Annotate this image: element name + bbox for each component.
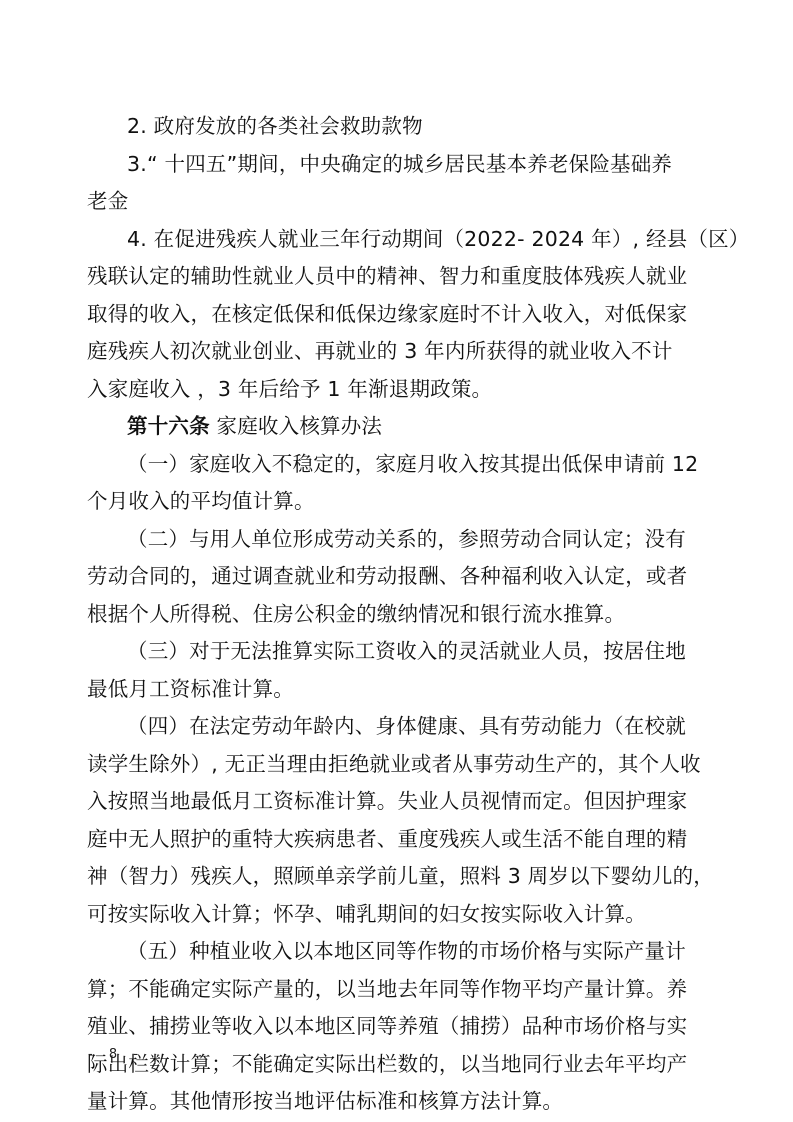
clause-3-cont: 最低月工资标准计算。 [87,671,712,709]
clause-5-cont-2: 殖业、捕捞业等收入以本地区同等养殖（捕捞）品种市场价格与实 [87,1008,712,1046]
article-number: 第十六条 [127,414,210,438]
document-page: 2. 政府发放的各类社会救助款物 3.“ 十四五”期间，中央确定的城乡居民基本养… [87,108,712,1121]
clause-5-cont-4: 量计算。其他情形按当地评估标准和核算方法计算。 [87,1083,712,1121]
clause-4-cont-3: 庭中无人照护的重特大疾病患者、重度残疾人或生活不能自理的精 [87,821,712,859]
clause-5-cont-1: 算；不能确定实际产量的，以当地去年同等作物平均产量计算。养 [87,971,712,1009]
clause-5-cont-3: 际出栏数计算；不能确定实际出栏数的，以当地同行业去年平均产 [87,1046,712,1084]
article-heading-line: 第十六条 家庭收入核算办法 [87,408,712,446]
list-item-4-cont-2: 取得的收入，在核定低保和低保边缘家庭时不计入收入，对低保家 [87,296,712,334]
page-number: - 8 - [88,1047,144,1062]
clause-3: （三）对于无法推算实际工资收入的灵活就业人员，按居住地 [87,633,712,671]
list-item-3-cont: 老金 [87,183,712,221]
clause-2-cont-2: 根据个人所得税、住房公积金的缴纳情况和银行流水推算。 [87,596,712,634]
list-item-4-cont-4: 入家庭收入 ，3 年后给予 1 年渐退期政策。 [87,371,712,409]
list-item-4: 4. 在促进残疾人就业三年行动期间（2022- 2024 年）, 经县（区） [87,221,712,259]
clause-2: （二）与用人单位形成劳动关系的，参照劳动合同认定；没有 [87,521,712,559]
clause-4-cont-4: 神（智力）残疾人，照顾单亲学前儿童，照料 3 周岁以下婴幼儿的， [87,858,712,896]
list-item-4-cont-1: 残联认定的辅助性就业人员中的精神、智力和重度肢体残疾人就业 [87,258,712,296]
article-title: 家庭收入核算办法 [217,414,383,438]
list-item-3: 3.“ 十四五”期间，中央确定的城乡居民基本养老保险基础养 [87,146,712,184]
clause-4-cont-5: 可按实际收入计算；怀孕、哺乳期间的妇女按实际收入计算。 [87,896,712,934]
list-item-4-cont-3: 庭残疾人初次就业创业、再就业的 3 年内所获得的就业收入不计 [87,333,712,371]
clause-4: （四）在法定劳动年龄内、身体健康、具有劳动能力（在校就 [87,708,712,746]
clause-1-cont: 个月收入的平均值计算。 [87,483,712,521]
clause-4-cont-2: 入按照当地最低月工资标准计算。失业人员视情而定。但因护理家 [87,783,712,821]
list-item-2: 2. 政府发放的各类社会救助款物 [87,108,712,146]
clause-2-cont-1: 劳动合同的，通过调查就业和劳动报酬、各种福利收入认定，或者 [87,558,712,596]
clause-5: （五）种植业收入以本地区同等作物的市场价格与实际产量计 [87,933,712,971]
clause-1: （一）家庭收入不稳定的，家庭月收入按其提出低保申请前 12 [87,446,712,484]
clause-4-cont-1: 读学生除外）, 无正当理由拒绝就业或者从事劳动生产的，其个人收 [87,746,712,784]
